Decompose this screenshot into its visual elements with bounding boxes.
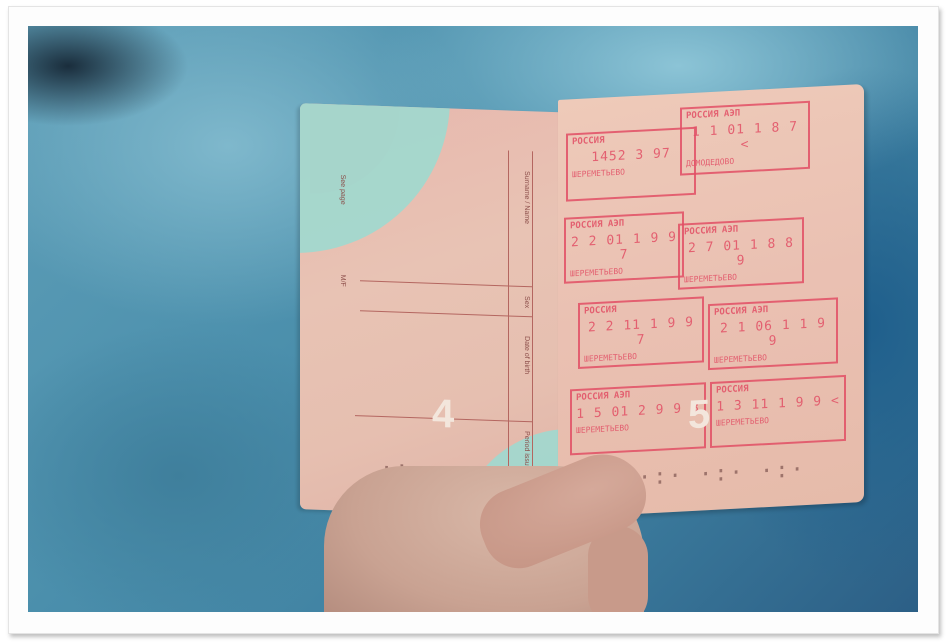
- visa-stamp: РОССИЯ АЭП 1 5 01 2 9 9 8 ШЕРЕМЕТЬЕВО: [570, 382, 706, 455]
- field-label-dob: Date of birth: [523, 336, 530, 374]
- passport-left-page: Surname / Name Sex Date of birth Period …: [300, 103, 576, 519]
- visa-stamp: РОССИЯ АЭП 1 1 01 1 8 7 < ДОМОДЕДОВО: [680, 101, 810, 176]
- visa-stamp: РОССИЯ 2 2 11 1 9 9 7 ШЕРЕМЕТЬЕВО: [578, 296, 704, 369]
- visa-stamp: РОССИЯ 1 3 11 1 9 9 < ШЕРЕМЕТЬЕВО: [710, 375, 846, 448]
- form-line: [360, 280, 532, 287]
- form-line: [532, 151, 533, 481]
- passport-right-page: РОССИЯ 1452 3 97 ШЕРЕМЕТЬЕВО РОССИЯ АЭП …: [558, 84, 864, 518]
- visa-stamp: РОССИЯ 1452 3 97 ШЕРЕМЕТЬЕВО: [566, 127, 696, 202]
- field-label-mf: M/F: [339, 275, 346, 287]
- visa-stamp: РОССИЯ АЭП 2 1 06 1 1 9 9 ШЕРЕМЕТЬЕВО: [708, 297, 838, 370]
- teal-pattern-top: [300, 103, 450, 258]
- visa-stamp: РОССИЯ АЭП 2 7 01 1 8 8 9 ШЕРЕМЕТЬЕВО: [678, 217, 804, 290]
- visa-stamp: РОССИЯ АЭП 2 2 01 1 9 9 7 ШЕРЕМЕТЬЕВО: [564, 211, 684, 283]
- form-line: [360, 310, 532, 317]
- photo: Surname / Name Sex Date of birth Period …: [28, 26, 918, 612]
- page-number-left: 4: [432, 392, 454, 438]
- field-label-surname: Surname / Name: [523, 171, 530, 224]
- field-label-see-page: See page: [339, 175, 346, 205]
- field-label-sex: Sex: [523, 296, 530, 308]
- page-number-right: 5: [688, 392, 710, 438]
- form-line: [508, 150, 509, 490]
- perforation-right: ·:· ·:· ·:·: [638, 457, 806, 491]
